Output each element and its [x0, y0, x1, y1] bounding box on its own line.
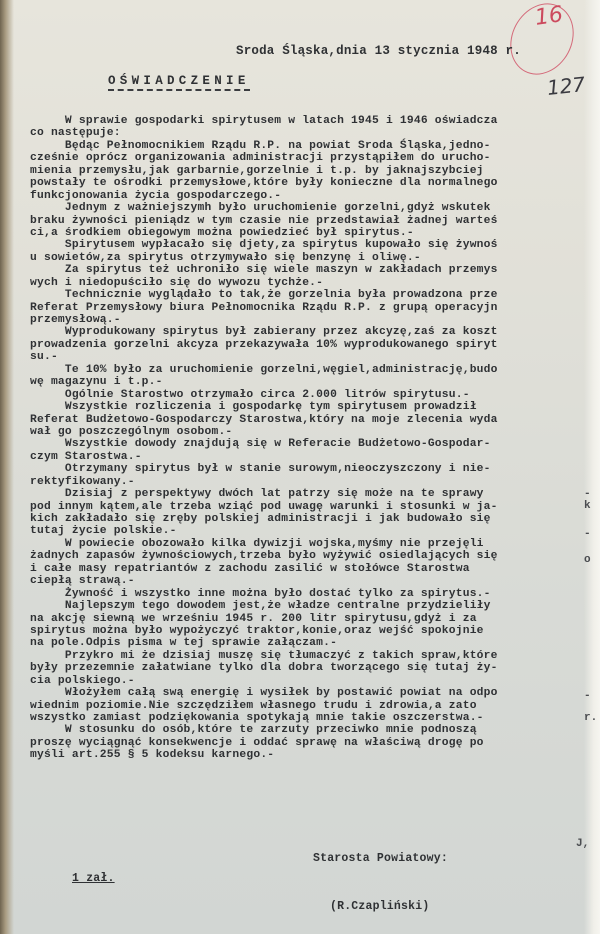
body-line: na pole.Odpis pisma w tej sprawie załącz…: [30, 637, 590, 649]
body-line: wę magazynu i t.p.-: [30, 376, 590, 388]
margin-mark: J,: [576, 838, 589, 850]
body-line: Jednym z ważniejszymh było uruchomienie …: [30, 202, 590, 214]
place-date: Sroda Śląska,dnia 13 stycznia 1948 r.: [236, 44, 521, 58]
body-line: Najlepszym tego dowodem jest,że władze c…: [30, 600, 590, 612]
body-line: ci,a środkiem obiegowym można powiedzieć…: [30, 227, 590, 239]
body-line: Referat Budżetowo-Gospodarczy Starostwa,…: [30, 414, 590, 426]
body-line: mienia przemysłu,jak garbarnie,gorzelnie…: [30, 165, 590, 177]
body-line: powstały te ośrodki przemysłowe,które by…: [30, 177, 590, 189]
body-line: Wszystkie dowody znajdują się w Referaci…: [30, 438, 590, 450]
signature-name: (R.Czapliński): [330, 900, 429, 913]
binding-shadow: [0, 0, 14, 934]
body-line: przemysłową.-: [30, 314, 590, 326]
body-line: myśli art.255 § 5 kodeksu karnego.-: [30, 749, 590, 761]
body-line: Dzisiaj z perspektywy dwóch lat patrzy s…: [30, 488, 590, 500]
body-line: wych i niedopuściło się do wywozu tychże…: [30, 277, 590, 289]
body-line: żadnych zapasów żywnościowych,trzeba był…: [30, 550, 590, 562]
archive-page-number: 127: [546, 72, 586, 100]
body-line: Ogólnie Starostwo otrzymało circa 2.000 …: [30, 389, 590, 401]
body-line: Referat Przemysłowy biura Pełnomocnika R…: [30, 302, 590, 314]
body-line: W powiecie obozowało kilka dywizji wojsk…: [30, 538, 590, 550]
body-line: Za spirytus też uchroniło się wiele masz…: [30, 264, 590, 276]
body-line: spirytus można było wypożyczyć traktor,k…: [30, 625, 590, 637]
body-line: funkcjonowania życia gospodarczego.-: [30, 190, 590, 202]
body-line: cia polskiego.-: [30, 675, 590, 687]
signature-title: Starosta Powiatowy:: [313, 852, 448, 865]
body-line: u sowietów,za spirytus otrzymywało się b…: [30, 252, 590, 264]
body-line: W sprawie gospodarki spirytusem w latach…: [30, 115, 590, 127]
archive-stamp-number: 16: [533, 2, 564, 31]
body-line: Technicznie wyglądało to tak,że gorzelni…: [30, 289, 590, 301]
body-line: Otrzymany spirytus był w stanie surowym,…: [30, 463, 590, 475]
body-line: Będąc Pełnomocnikiem Rządu R.P. na powia…: [30, 140, 590, 152]
body-line: su.-: [30, 351, 590, 363]
attachment-note: 1 zał.: [72, 872, 115, 885]
body-line: proszę wyciągnąć konsekwencje i oddać sp…: [30, 737, 590, 749]
margin-mark: k: [584, 500, 591, 512]
document-page: 16 127 Sroda Śląska,dnia 13 stycznia 194…: [0, 0, 600, 934]
body-line: co następuje:: [30, 127, 590, 139]
body-line: W stosunku do osób,które te zarzuty prze…: [30, 724, 590, 736]
body-line: Przykro mi że dzisiaj muszę się tłumaczy…: [30, 650, 590, 662]
margin-mark: -: [584, 488, 591, 500]
body-line: tutaj życie polskie.-: [30, 525, 590, 537]
body-line: wszystko zamiast podziękowania spotykają…: [30, 712, 590, 724]
body-line: wiednim poziomie.Nie szczędziłem własneg…: [30, 700, 590, 712]
body-line: na akcję siewną we wrześniu 1945 r. 200 …: [30, 613, 590, 625]
body-line: Włożyłem całą swą energię i wysiłek by p…: [30, 687, 590, 699]
body-line: pod innym kątem,ale trzeba wziąć pod uwa…: [30, 501, 590, 513]
body-line: były przezemnie załatwiane tylko dla dob…: [30, 662, 590, 674]
body-line: wał go poszczególnym osobom.-: [30, 426, 590, 438]
margin-mark: o: [584, 554, 591, 566]
body-line: kich zakładało się zręby polskiej admini…: [30, 513, 590, 525]
body-line: Spirytusem wypłacało się djety,za spiryt…: [30, 239, 590, 251]
body-line: czym Starostwa.-: [30, 451, 590, 463]
document-body: W sprawie gospodarki spirytusem w latach…: [30, 115, 590, 762]
body-line: rektyfikowany.-: [30, 476, 590, 488]
margin-mark: -: [584, 528, 591, 540]
margin-mark: -: [584, 690, 591, 702]
body-line: prowadzenia gorzelni akcyza przekazywała…: [30, 339, 590, 351]
body-line: braku żywności pieniądz w tym czasie nie…: [30, 215, 590, 227]
body-line: cześnie oprócz organizowania administrac…: [30, 152, 590, 164]
body-line: i całe masy repatriantów z zachodu zasil…: [30, 563, 590, 575]
margin-mark: r.: [584, 712, 597, 724]
body-line: ciepłą strawą.-: [30, 575, 590, 587]
body-line: Wyprodukowany spirytus był zabierany prz…: [30, 326, 590, 338]
document-title: OŚWIADCZENIE: [108, 74, 250, 91]
body-line: Żywność i wszystko inne można było dosta…: [30, 588, 590, 600]
body-line: Wszystkie rozliczenia i gospodarkę tym s…: [30, 401, 590, 413]
body-line: Te 10% było za uruchomienie gorzelni,węg…: [30, 364, 590, 376]
